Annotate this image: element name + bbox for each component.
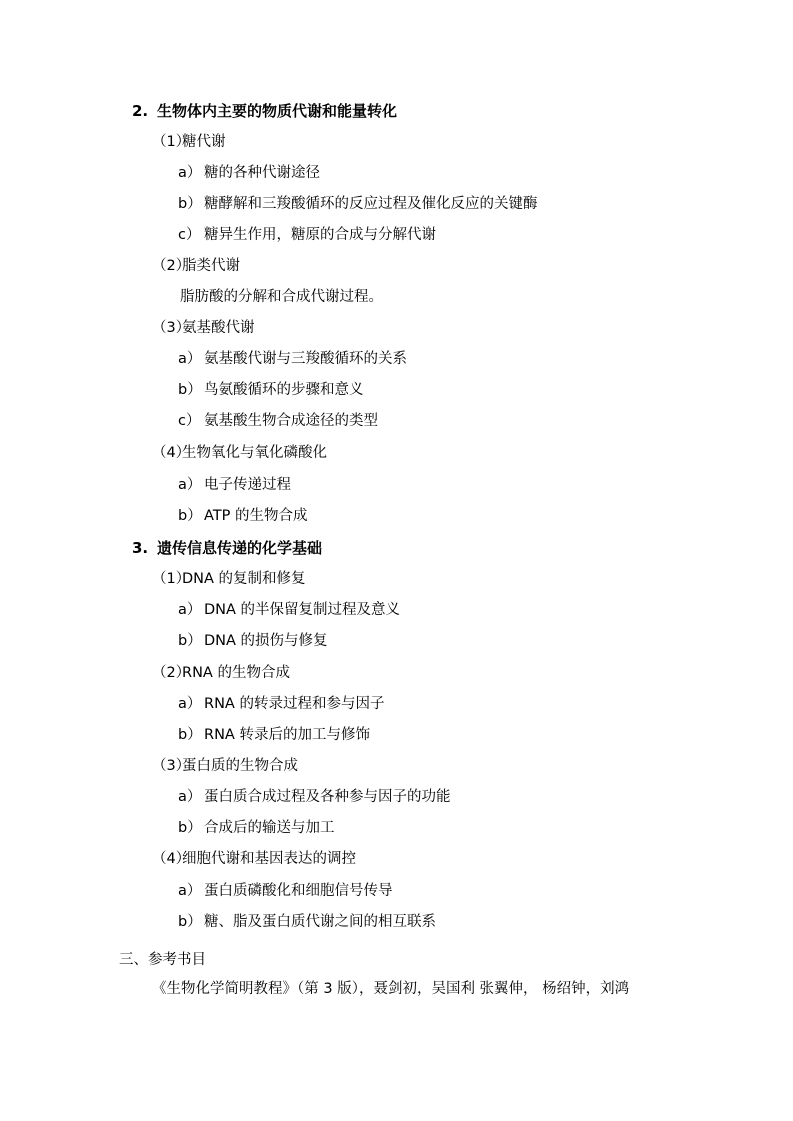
list-item: b）ATP 的生物合成: [178, 506, 308, 526]
subsection-mark: （1）: [152, 569, 182, 589]
subsection-title: RNA 的生物合成: [182, 665, 290, 681]
subsection-heading: （1）DNA 的复制和修复: [152, 569, 306, 589]
section-heading: 3.遗传信息传递的化学基础: [132, 538, 322, 558]
subsection-title: 细胞代谢和基因表达的调控: [182, 851, 356, 867]
section-heading: 2.生物体内主要的物质代谢和能量转化: [132, 101, 397, 121]
list-item: b）鸟氨酸循环的步骤和意义: [178, 380, 364, 400]
item-mark: a）: [178, 787, 204, 807]
subsection-mark: （2）: [152, 256, 182, 276]
item-text: 氨基酸代谢与三羧酸循环的关系: [204, 351, 407, 367]
list-item: b）合成后的输送与加工: [178, 818, 335, 838]
list-item: a）蛋白质磷酸化和细胞信号传导: [178, 881, 393, 901]
item-text: RNA 转录后的加工与修饰: [204, 727, 370, 743]
item-mark: a）: [178, 600, 204, 620]
subsection-heading: （4）细胞代谢和基因表达的调控: [152, 849, 356, 869]
list-item: c）糖异生作用，糖原的合成与分解代谢: [178, 225, 436, 245]
subsection-title: 蛋白质的生物合成: [182, 758, 298, 774]
subsection-mark: （1）: [152, 132, 182, 152]
subsection-heading: （1）糖代谢: [152, 132, 226, 152]
subsection-title: 生物氧化与氧化磷酸化: [182, 445, 327, 461]
item-text: ATP 的生物合成: [204, 508, 308, 524]
subsection-title: 脂类代谢: [182, 258, 240, 274]
item-text: 电子传递过程: [204, 477, 291, 493]
subsection-heading: （4）生物氧化与氧化磷酸化: [152, 443, 327, 463]
item-mark: a）: [178, 475, 204, 495]
item-mark: a）: [178, 349, 204, 369]
item-mark: c）: [178, 411, 204, 431]
list-item: a）氨基酸代谢与三羧酸循环的关系: [178, 349, 407, 369]
item-text: 糖异生作用，糖原的合成与分解代谢: [204, 227, 436, 243]
item-mark: b）: [178, 725, 204, 745]
subsection-mark: （4）: [152, 849, 182, 869]
subsection-title: 氨基酸代谢: [182, 320, 255, 336]
subsection-heading: （2）脂类代谢: [152, 256, 240, 276]
item-text: DNA 的损伤与修复: [204, 633, 328, 649]
item-mark: c）: [178, 225, 204, 245]
references-heading: 三、参考书目: [119, 950, 206, 970]
item-mark: a）: [178, 694, 204, 714]
item-text: 氨基酸生物合成途径的类型: [204, 413, 378, 429]
item-mark: b）: [178, 506, 204, 526]
section-number: 3.: [132, 538, 157, 558]
subsection-heading: （3）氨基酸代谢: [152, 318, 255, 338]
list-item: c）氨基酸生物合成途径的类型: [178, 411, 378, 431]
section-title: 生物体内主要的物质代谢和能量转化: [157, 102, 397, 120]
item-text: 蛋白质磷酸化和细胞信号传导: [204, 883, 393, 899]
list-item: a）糖的各种代谢途径: [178, 163, 320, 183]
subsection-heading: （3）蛋白质的生物合成: [152, 756, 298, 776]
item-mark: a）: [178, 163, 204, 183]
item-text: 鸟氨酸循环的步骤和意义: [204, 382, 364, 398]
list-item: b）糖、脂及蛋白质代谢之间的相互联系: [178, 912, 436, 932]
item-text: 合成后的输送与加工: [204, 820, 335, 836]
item-text: 糖的各种代谢途径: [204, 165, 320, 181]
list-item: a）RNA 的转录过程和参与因子: [178, 694, 384, 714]
subsection-mark: （3）: [152, 318, 182, 338]
subsection-title: 糖代谢: [182, 134, 226, 150]
item-text: DNA 的半保留复制过程及意义: [204, 602, 400, 618]
list-item: a）DNA 的半保留复制过程及意义: [178, 600, 400, 620]
item-text: 糖酵解和三羧酸循环的反应过程及催化反应的关键酶: [204, 196, 538, 212]
list-item: b）糖酵解和三羧酸循环的反应过程及催化反应的关键酶: [178, 194, 538, 214]
item-mark: b）: [178, 380, 204, 400]
list-item: b）DNA 的损伤与修复: [178, 631, 328, 651]
body-text: 脂肪酸的分解和合成代谢过程。: [180, 287, 383, 307]
item-mark: b）: [178, 912, 204, 932]
item-mark: b）: [178, 631, 204, 651]
item-text: 糖、脂及蛋白质代谢之间的相互联系: [204, 914, 436, 930]
subsection-mark: （2）: [152, 663, 182, 683]
item-text: RNA 的转录过程和参与因子: [204, 696, 384, 712]
section-number: 2.: [132, 101, 157, 121]
reference-entry: 《生物化学简明教程》（第 3 版），聂剑初，吴国利 张翼伸， 杨绍钟，刘鸿: [152, 979, 629, 999]
list-item: a）蛋白质合成过程及各种参与因子的功能: [178, 787, 451, 807]
item-text: 蛋白质合成过程及各种参与因子的功能: [204, 789, 451, 805]
item-mark: b）: [178, 818, 204, 838]
list-item: a）电子传递过程: [178, 475, 291, 495]
subsection-heading: （2）RNA 的生物合成: [152, 663, 290, 683]
list-item: b）RNA 转录后的加工与修饰: [178, 725, 370, 745]
subsection-mark: （4）: [152, 443, 182, 463]
item-mark: a）: [178, 881, 204, 901]
subsection-title: DNA 的复制和修复: [182, 571, 306, 587]
section-title: 遗传信息传递的化学基础: [157, 539, 322, 557]
subsection-mark: （3）: [152, 756, 182, 776]
item-mark: b）: [178, 194, 204, 214]
